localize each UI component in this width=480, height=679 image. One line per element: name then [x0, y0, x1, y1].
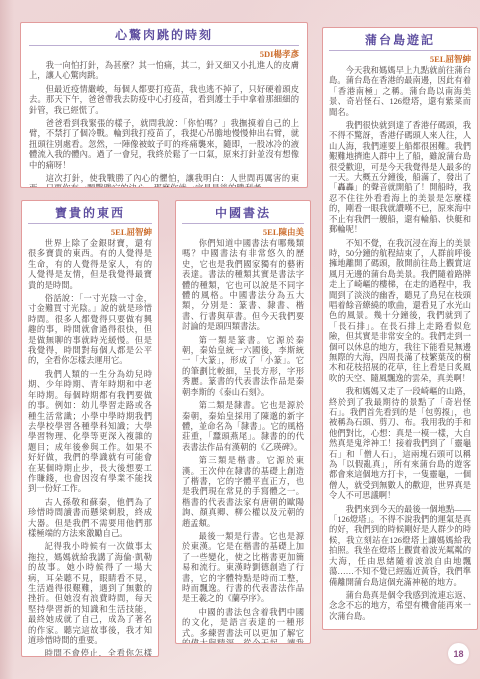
page-number: 18 [453, 649, 463, 659]
article-4-title: 蒲台島遊記 [329, 33, 471, 51]
article-box-precious-things: 寶貴的東西 5EL屈智紳 世界上除了金銀財寶，還有很多寶貴的東西。有的人覺得是生… [21, 200, 159, 657]
article-3-paragraph-6: 中國的書法包含着我們中國的文化，是語言表達的一種形式。多練習書法可以更加了解它的… [182, 608, 304, 644]
article-1-paragraph-3: 爸爸看到我緊張的樣子，就問我說：「你怕嗎？」我撫摸着自己的上臂，不禁打了個冷戰。… [29, 119, 299, 171]
article-1-paragraph-1: 我一向怕打針，為甚麼？其一怕痛，其二，針又細又小扎進人的皮膚上，讓人心驚肉跳。 [29, 61, 299, 82]
article-2-paragraph-1: 世界上除了金銀財寶，還有很多寶貴的東西。有的人覺得是生命，有的人覺得是家人，有的… [28, 239, 152, 291]
article-2-paragraph-5: 記得我小時候有一次做事太拖拉，媽媽就給我講了海倫·凱勒的故事。她小時候得了一場大… [28, 542, 152, 646]
article-4-author: 5EL屈智紳 [329, 54, 471, 64]
article-3-paragraph-1: 你們知道中國書法有哪幾類嗎？中國書法有非常悠久的歷史，它也是我們國家獨有的藝術表… [182, 239, 304, 333]
article-2-title: 寶貴的東西 [28, 206, 152, 224]
article-3-paragraph-2: 第一類是篆書。它源於秦朝，秦始皇統一六國後，李斯統一「大篆」，形成了「小篆」。它… [182, 336, 304, 398]
magazine-page: 心驚肉跳的時刻 5DI楊孝彥 我一向怕打針，為甚麼？其一怕痛，其二，針又細又小扎… [0, 0, 480, 679]
article-3-paragraph-5: 最後一類是行書。它也是源於東漢。它是在楷書的基礎上加了一些變化，使之比楷書更加簡… [182, 532, 304, 605]
article-box-heart-pounding-moment: 心驚肉跳的時刻 5DI楊孝彥 我一向怕打針，為甚麼？其一怕痛，其二，針又細又小扎… [20, 22, 308, 188]
article-3-paragraph-4: 第三類是楷書。它源於東漢。王次仲在隸書的基礎上創造了楷書，它的字體平直正方，也是… [182, 456, 304, 529]
article-3-title: 中國書法 [182, 206, 304, 224]
article-box-po-toi-island-trip: 蒲台島遊記 5EL屈智紳 今天我和媽媽早上九點就前往蒲台島。蒲台島在香港的最南邊… [322, 27, 478, 630]
article-2-paragraph-2: 俗話說：「一寸光陰一寸金，寸金難買寸光陰。」說的就是珍惜時間。很多人都覺得只要做… [28, 294, 152, 367]
article-2-paragraph-4: 古人孫敬和蘇秦，他們為了珍惜時間讀書而懸梁刺股，終成大器。但是我們不需要用他們那… [28, 498, 152, 540]
article-box-chinese-calligraphy: 中國書法 5EL陳由美 你們知道中國書法有哪幾類嗎？中國書法有非常悠久的歷史，它… [175, 200, 311, 644]
article-4-paragraph-2: 我們很快就到達了香港仔碼頭，我不得不驚訝，香港仔碼頭人來人往，人山人海，我們連要… [329, 121, 471, 235]
article-2-author: 5EL屈智紳 [28, 227, 152, 237]
article-1-title: 心驚肉跳的時刻 [29, 28, 299, 46]
article-2-paragraph-3: 我們人類的一生分為幼兒時期、少年時期、青年時期和中老年時期。每個時期都有我們要做… [28, 370, 152, 495]
article-4-paragraph-4: 我和媽媽又走了一段崎嶇的山路，終於到了我最期待的景點了「奇岩怪石」。我們首先看到… [329, 387, 471, 501]
article-3-paragraph-3: 第二類是隸書。它也是源於秦朝，秦始皇採用了陳邈的新字體，並命名為「隸書」。它的風… [182, 401, 304, 453]
article-1-author: 5DI楊孝彥 [29, 49, 299, 59]
article-4-paragraph-6: 蒲台島真是個令我感到流連忘返、念念不忘的地方，希望有機會能再來一次蒲台島。 [329, 591, 471, 622]
page-number-badge: 18 [448, 643, 469, 664]
article-2-paragraph-6: 時間不會停止，全看你怎樣去運用它。請珍惜時間，多做一些有意義的事吧！ [28, 649, 152, 657]
article-1-paragraph-2: 但最近疫情嚴峻，每個人都要打疫苗，我也逃不掉了，只好硬着頭皮去。那天下午，爸爸帶… [29, 85, 299, 116]
article-3-author: 5EL陳由美 [182, 227, 304, 237]
article-1-paragraph-4: 這次打針，使我戰勝了內心的懼怕，讓我明白：人世間再厲害的東西，只要你有一顆戰勝它… [29, 174, 299, 188]
article-4-paragraph-5: 我們來到今天的最後一個地點——「126燈塔」。不得不說我們的運氣是真的好，我們到… [329, 505, 471, 588]
article-4-paragraph-3: 不知不覺，在我沉浸在海上的美景時，50分鐘的航程結束了，人群前呼後擁地離開了碼頭… [329, 239, 471, 385]
article-4-paragraph-1: 今天我和媽媽早上九點就前往蒲台島。蒲台島在香港的最南邊，因此有着「香港南極」之稱… [329, 66, 471, 118]
